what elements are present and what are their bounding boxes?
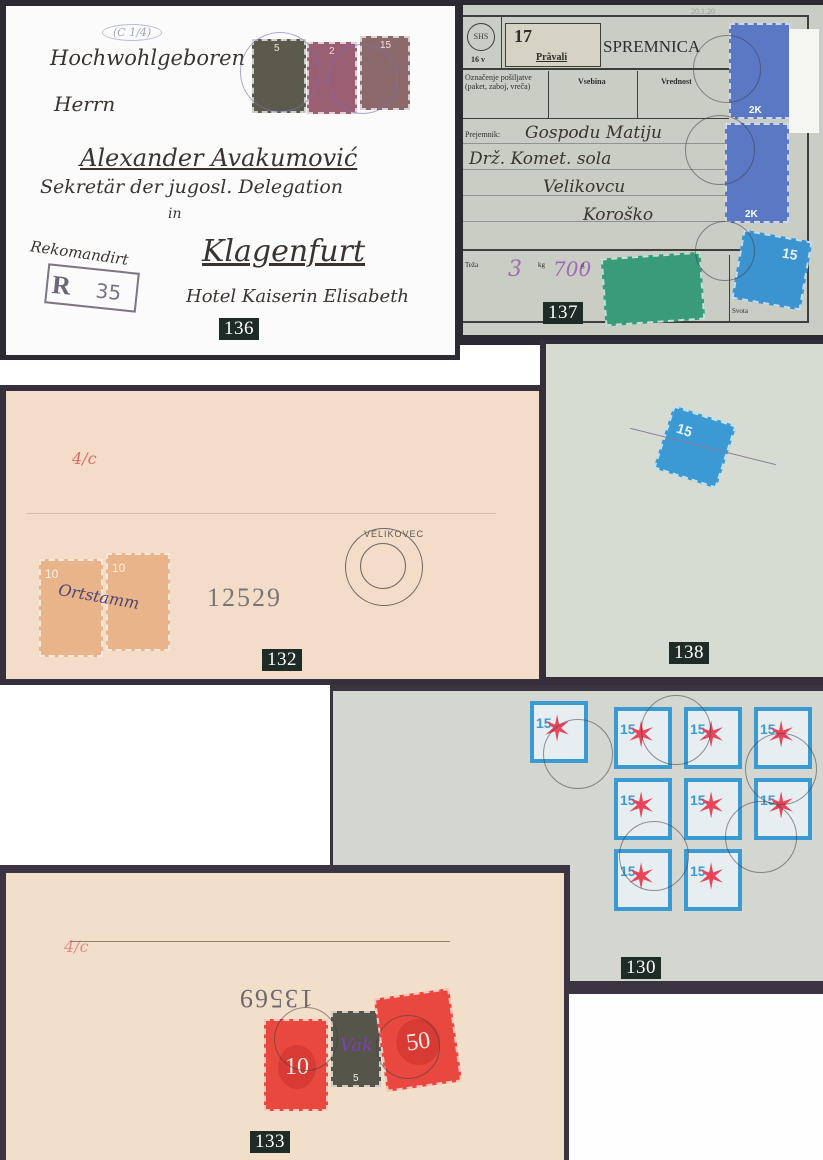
postmark [376, 1015, 440, 1079]
address-hotel: Hotel Kaiserin Elisabeth [186, 286, 409, 307]
address-salutation: Hochwohlgeboren [50, 46, 245, 70]
lot-label-132: 132 [262, 649, 302, 671]
address-position: Sekretär der jugosl. Delegation [40, 176, 343, 198]
postmark [745, 733, 817, 805]
parcel-card-lot-132[interactable]: 4/c 10 10 Ortstamm 12529 VELIKOVEC 132 [0, 385, 545, 685]
postmark-velikovec: VELIKOVEC [345, 528, 423, 606]
cover-lot-136[interactable]: (C 1/4) Hochwohlgeboren Herrn Alexander … [0, 0, 460, 360]
address-name: Alexander Avakumović [80, 144, 357, 172]
recipient-line-4: Koroško [583, 205, 653, 225]
blank-album-area [565, 990, 823, 1160]
lot-label-136: 136 [219, 318, 259, 340]
registration-letter: R [51, 270, 73, 302]
postmark [240, 32, 320, 112]
lot-label-130: 130 [621, 957, 661, 979]
star-overprint-icon: ✶ [696, 784, 726, 828]
post-office: Prâvali [536, 52, 567, 63]
fragment-138-paper: 15 138 [546, 344, 823, 677]
weight-g-label: g [581, 261, 585, 269]
registry-number: 12529 [207, 583, 282, 613]
date-note: 20.1.20 [691, 7, 715, 16]
lot-label-133: 133 [250, 1131, 290, 1153]
stamp-10-left: 10 [39, 559, 103, 657]
number-box: 17 Prâvali [505, 23, 601, 67]
form-heading: SPREMNICA [603, 37, 700, 57]
total-label: Svota [732, 307, 748, 315]
recipient-line-3: Velikovcu [543, 177, 625, 197]
red-mark: 4/c [72, 449, 97, 468]
postmark-town: VELIKOVEC [364, 529, 424, 539]
recipient-line-2: Drž. Komet. sola [469, 149, 611, 169]
parcel-card-133-paper: 4/c 13569 10 5 Vak 50 133 [6, 873, 564, 1160]
recipient-line-1: Gospodu Matiju [525, 123, 662, 143]
fill-line [70, 941, 450, 942]
parcel-card-lot-133[interactable]: 4/c 13569 10 5 Vak 50 133 [0, 865, 570, 1160]
postmark [725, 801, 797, 873]
cover-136-paper: (C 1/4) Hochwohlgeboren Herrn Alexander … [6, 6, 455, 355]
postmark [641, 695, 711, 765]
weight-g: 700 [553, 257, 591, 281]
star-overprint-icon: ✶ [696, 855, 726, 899]
address-city: Klagenfurt [202, 234, 365, 269]
corner-note: (C 1/4) [102, 24, 162, 41]
form-number: 17 [514, 26, 532, 47]
violet-cancel: Vak [340, 1035, 373, 1056]
postmark [328, 44, 398, 114]
address-prep: in [168, 206, 182, 222]
red-mark: 4/c [64, 937, 89, 956]
recipient-label: Prejemnik: [465, 130, 500, 139]
weight-kg-label: kg [538, 261, 545, 269]
weight-kg: 3 [508, 257, 522, 282]
postmark [695, 221, 755, 281]
postmark [619, 821, 689, 891]
column-header-designation: Označenje pošiljatve (paket, zaboj, vreč… [465, 73, 547, 91]
postmark [543, 719, 613, 789]
registration-number: 35 [95, 278, 123, 305]
postmark [693, 35, 761, 103]
sheet-margin [789, 29, 819, 133]
parcel-card-137-paper: SHS 16 v 17 Prâvali SPREMNICA 20.1.20 Oz… [463, 5, 823, 335]
shs-logo: SHS [467, 23, 495, 51]
address-title: Herrn [54, 92, 115, 116]
postmark [274, 1007, 338, 1071]
stamp-15-blue: 15 [653, 405, 736, 488]
form-code: 16 v [471, 55, 485, 64]
fragment-lot-138[interactable]: 15 138 [540, 340, 823, 685]
parcel-card-lot-137[interactable]: SHS 16 v 17 Prâvali SPREMNICA 20.1.20 Oz… [458, 0, 823, 345]
lot-label-138: 138 [669, 642, 709, 664]
registration-label: R 35 [44, 263, 140, 312]
weight-label: Teža [465, 261, 478, 269]
parcel-card-132-paper: 4/c 10 10 Ortstamm 12529 VELIKOVEC 132 [6, 391, 539, 679]
column-header-contents: Vsebina [578, 77, 606, 86]
registration-handwriting: Rekomandirt [29, 237, 129, 269]
stamp-green [601, 252, 705, 327]
postmark [685, 115, 755, 185]
lot-label-137: 137 [543, 302, 583, 324]
column-header-value: Vrednost [661, 77, 692, 86]
fold-line [26, 513, 496, 514]
